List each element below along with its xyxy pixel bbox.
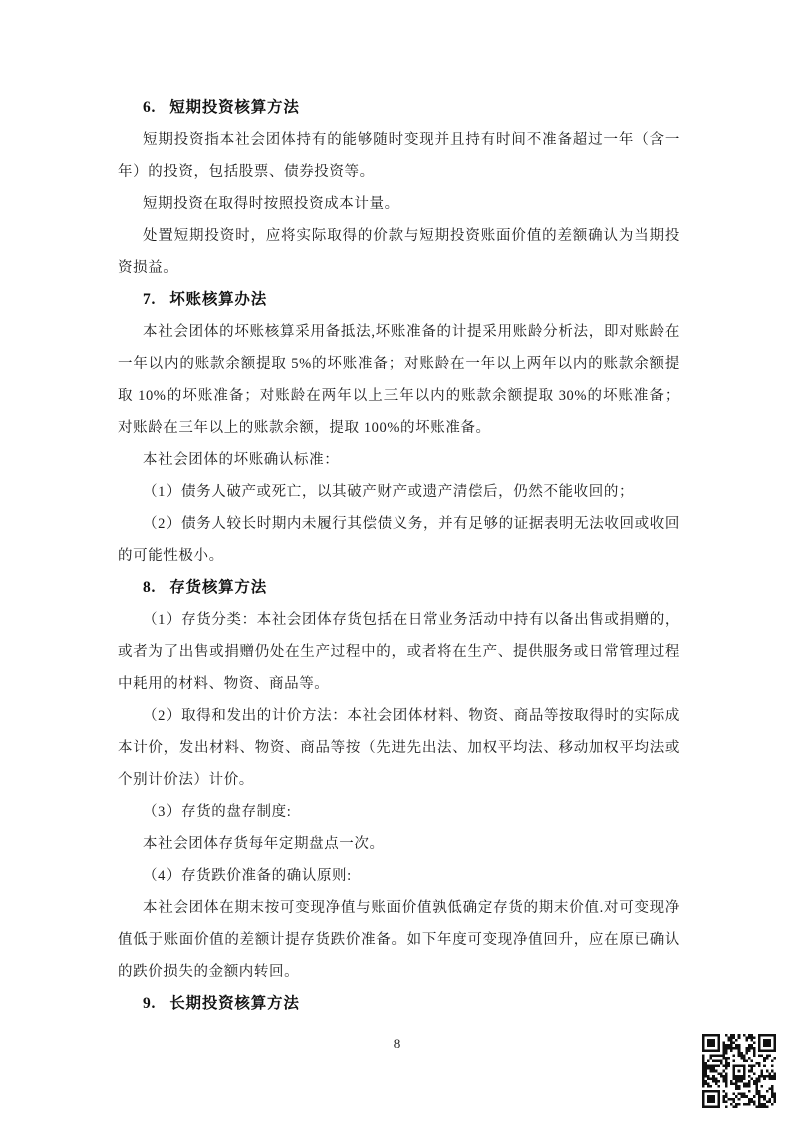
heading-number: 6. [143, 92, 156, 124]
paragraph: 短期投资在取得时按照投资成本计量。 [118, 188, 680, 220]
section-heading: 9.长期投资核算方法 [118, 988, 680, 1020]
paragraph: 本社会团体存货每年定期盘点一次。 [118, 828, 680, 860]
section-short-term-investment: 6.短期投资核算方法 短期投资指本社会团体持有的能够随时变现并且持有时间不准备超… [118, 92, 680, 284]
paragraph: 本社会团体的坏账核算采用备抵法,坏账准备的计提采用账龄分析法，即对账龄在一年以内… [118, 316, 680, 444]
paragraph: 短期投资指本社会团体持有的能够随时变现并且持有时间不准备超过一年（含一年）的投资… [118, 124, 680, 188]
paragraph: 本社会团体的坏账确认标准： [118, 444, 680, 476]
section-heading: 7.坏账核算办法 [118, 284, 680, 316]
section-bad-debt: 7.坏账核算办法 本社会团体的坏账核算采用备抵法,坏账准备的计提采用账龄分析法，… [118, 284, 680, 572]
paragraph: 处置短期投资时，应将实际取得的价款与短期投资账面价值的差额确认为当期投资损益。 [118, 220, 680, 284]
paragraph: （3）存货的盘存制度: [118, 796, 680, 828]
paragraph: （4）存货跌价准备的确认原则: [118, 860, 680, 892]
heading-number: 7. [143, 284, 156, 316]
qr-code [702, 1034, 776, 1108]
paragraph: （1）存货分类：本社会团体存货包括在日常业务活动中持有以备出售或捐赠的，或者为了… [118, 604, 680, 700]
heading-number: 8. [143, 572, 156, 604]
paragraph: （1）债务人破产或死亡，以其破产财产或遗产清偿后，仍然不能收回的； [118, 476, 680, 508]
qr-code-image [702, 1034, 776, 1108]
heading-title: 短期投资核算方法 [169, 99, 299, 116]
section-heading: 6.短期投资核算方法 [118, 92, 680, 124]
paragraph: 本社会团体在期末按可变现净值与账面价值孰低确定存货的期末价值.对可变现净值低于账… [118, 892, 680, 988]
heading-title: 长期投资核算方法 [169, 995, 299, 1012]
document-page: 6.短期投资核算方法 短期投资指本社会团体持有的能够随时变现并且持有时间不准备超… [0, 0, 794, 1123]
paragraph: （2）取得和发出的计价方法：本社会团体材料、物资、商品等按取得时的实际成本计价，… [118, 700, 680, 796]
paragraph: （2）债务人较长时期内未履行其偿债义务，并有足够的证据表明无法收回或收回的可能性… [118, 508, 680, 572]
heading-number: 9. [143, 988, 156, 1020]
section-long-term-investment: 9.长期投资核算方法 [118, 988, 680, 1020]
page-number: 8 [0, 1034, 794, 1054]
section-heading: 8.存货核算方法 [118, 572, 680, 604]
heading-title: 坏账核算办法 [169, 291, 267, 308]
section-inventory: 8.存货核算方法 （1）存货分类：本社会团体存货包括在日常业务活动中持有以备出售… [118, 572, 680, 988]
document-body: 6.短期投资核算方法 短期投资指本社会团体持有的能够随时变现并且持有时间不准备超… [118, 92, 680, 1020]
heading-title: 存货核算方法 [169, 579, 267, 596]
